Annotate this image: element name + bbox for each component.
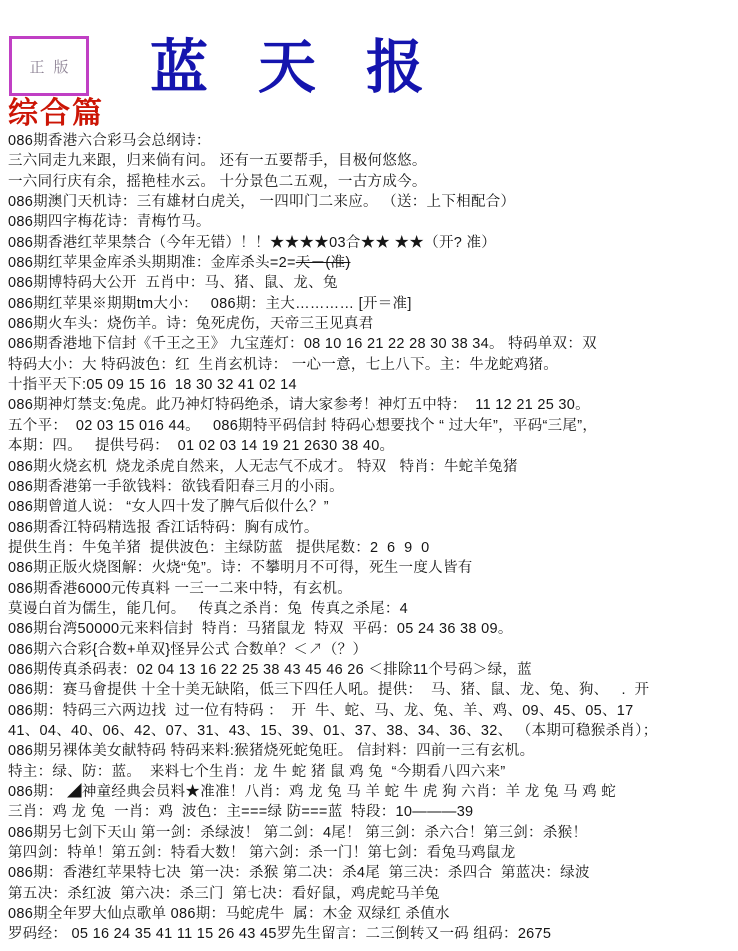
text-line: 三肖：鸡 龙 兔 一肖：鸡 波色：主===绿 防===蓝 特段：10———39 xyxy=(8,802,736,822)
newspaper-page: 正版 蓝天报 综合篇 086期香港六合彩马会总纲诗：三六同走九来跟，归来倘有问。… xyxy=(0,0,738,951)
text-segment: 086期香港第一手欲钱料：欲钱看阳春三月的小雨。 xyxy=(8,479,344,495)
text-line: 086期火烧玄机 烧龙杀虎自然来，人无志气不成才。 特双 特肖：牛蛇羊兔猪 xyxy=(8,457,736,477)
text-line: 086期澳门天机诗：三有雄材白虎关， 一四叩门二来应。 （送：上下相配合） xyxy=(8,192,736,212)
text-segment: 086期另七剑下天山 第一剑：杀绿波！ 第二剑：4尾！ 第三剑：杀六合！第三剑：… xyxy=(8,825,587,841)
text-line: 十指平天下:05 09 15 16 18 30 32 41 02 14 xyxy=(8,375,736,395)
text-segment: 罗码经： 05 16 24 35 41 11 15 26 43 45罗先生留言：… xyxy=(8,926,551,942)
text-line: 086期：赛马會提供 十全十美无缺陷，低三下四任人吼。提供： 马、猪、鼠、龙、兔… xyxy=(8,680,736,700)
text-segment: 五个平： 02 03 15 016 44。 086期特平码信封 特码心想要找个 … xyxy=(8,418,597,434)
text-line: 第五决：杀红波 第六决：杀三门 第七决：看好鼠，鸡虎蛇马羊兔 xyxy=(8,884,736,904)
text-segment: 三六同走九来跟，归来倘有问。 还有一五要帮手，目极何悠悠。 xyxy=(8,153,427,169)
text-line: 本期：四。 提供号码： 01 02 03 14 19 21 2630 38 40… xyxy=(8,436,736,456)
text-line: 086期：特码三六两边找 过一位有特码 ： 开 牛、蛇、马、龙、兔、羊、鸡、09… xyxy=(8,701,736,721)
text-segment: 086期台湾50000元来料信封 特肖：马猪鼠龙 特双 平码：05 24 36 … xyxy=(8,621,513,637)
text-line: 086期红苹果※期期tm大小： 086期：主大………… [开＝准] xyxy=(8,294,736,314)
page-title: 蓝天报 xyxy=(150,20,474,104)
text-line: 086期火车头：烧伤羊。诗：兔死虎伤，天帝三王见真君 xyxy=(8,314,736,334)
text-segment: 41、04、40、06、42、07、31、43、15、39、01、37、38、3… xyxy=(8,723,658,739)
text-line: 086期另裸体美女献特码 特码来料:猴猪烧死蛇兔旺。 信封料：四前一三有玄机。 xyxy=(8,741,736,761)
text-line: 086期香港地下信封《千王之王》 九宝莲灯：08 10 16 21 22 28 … xyxy=(8,334,736,354)
text-segment: 提供生肖：牛兔羊猪 提供波色：主绿防蓝 提供尾数：2 6 9 0 xyxy=(8,540,429,556)
text-line: 41、04、40、06、42、07、31、43、15、39、01、37、38、3… xyxy=(8,721,736,741)
text-line: 086期博特码大公开 五肖中：马、猪、鼠、龙、兔 xyxy=(8,273,736,293)
text-line: 086期香港红苹果禁合（今年无错）！！★★★★03合★★ ★★（开? 准） xyxy=(8,233,736,253)
text-line: 特主：绿、防：蓝。 来料七个生肖：龙 牛 蛇 猪 鼠 鸡 兔 “今期看八四六来” xyxy=(8,762,736,782)
text-line: 086期：香港红苹果特七决 第一决：杀猴 第二决：杀4尾 第三决：杀四合 第蓝决… xyxy=(8,863,736,883)
text-segment: 086期：赛马會提供 十全十美无缺陷，低三下四任人吼。提供： 马、猪、鼠、龙、兔… xyxy=(8,682,649,698)
content-body: 086期香港六合彩马会总纲诗：三六同走九来跟，归来倘有问。 还有一五要帮手，目极… xyxy=(8,131,736,945)
text-segment: 086期红苹果※期期tm大小： 086期：主大………… [开＝准] xyxy=(8,296,412,312)
text-segment: 086期香港6000元传真料 一三一二来中特，有玄机。 xyxy=(8,581,352,597)
text-line: 一六同行庆有余，摇艳桂水云。 十分景色二五观，一古方成今。 xyxy=(8,172,736,192)
text-segment: 086期澳门天机诗：三有雄材白虎关， 一四叩门二来应。 （送：上下相配合） xyxy=(8,194,515,210)
text-segment: 第五决：杀红波 第六决：杀三门 第七决：看好鼠，鸡虎蛇马羊兔 xyxy=(8,886,440,902)
text-segment: 086期火车头：烧伤羊。诗：兔死虎伤，天帝三王见真君 xyxy=(8,316,374,332)
text-segment: 086期香港红苹果禁合（今年无错）！！★★★★03合★★ ★★（开? 准） xyxy=(8,235,496,251)
text-line: 086期传真杀码表：02 04 13 16 22 25 38 43 45 46 … xyxy=(8,660,736,680)
text-line: 086期四字梅花诗：青梅竹马。 xyxy=(8,212,736,232)
text-segment: 本期：四。 提供号码： 01 02 03 14 19 21 2630 38 40… xyxy=(8,438,394,454)
text-segment: 086期：特码三六两边找 过一位有特码 ： 开 牛、蛇、马、龙、兔、羊、鸡、09… xyxy=(8,703,634,719)
text-line: 086期台湾50000元来料信封 特肖：马猪鼠龙 特双 平码：05 24 36 … xyxy=(8,619,736,639)
text-line: 086期正版火烧图解：火烧“兔”。诗：不攀明月不可得，死生一度人皆有 xyxy=(8,558,736,578)
text-line: 莫谩白首为儒生，能几何。 传真之杀肖：兔 传真之杀尾：4 xyxy=(8,599,736,619)
authentic-badge-label: 正版 xyxy=(20,56,77,77)
text-segment: 特码大小：大 特码波色：红 生肖玄机诗： 一心一意，七上八下。主：牛龙蛇鸡猪。 xyxy=(8,357,558,373)
text-segment: 086期另裸体美女献特码 特码来料:猴猪烧死蛇兔旺。 信封料：四前一三有玄机。 xyxy=(8,743,534,759)
text-segment: 特主：绿、防：蓝。 来料七个生肖：龙 牛 蛇 猪 鼠 鸡 兔 “今期看八四六来” xyxy=(8,764,506,780)
text-line: 提供生肖：牛兔羊猪 提供波色：主绿防蓝 提供尾数：2 6 9 0 xyxy=(8,538,736,558)
text-segment: 086期全年罗大仙点歌单 086期：马蛇虎牛 属：木金 双绿红 杀值水 xyxy=(8,906,450,922)
text-segment: 086期香港地下信封《千王之王》 九宝莲灯：08 10 16 21 22 28 … xyxy=(8,336,597,352)
authentic-badge: 正版 xyxy=(9,36,89,96)
text-segment: 086期六合彩{合数+单双}怪异公式 合数单？＜↗（？） xyxy=(8,642,367,658)
text-line: 第四剑：特单！第五剑：特看大数！ 第六剑：杀一门！第七剑：看兔马鸡鼠龙 xyxy=(8,843,736,863)
text-line: 五个平： 02 03 15 016 44。 086期特平码信封 特码心想要找个 … xyxy=(8,416,736,436)
text-segment: 086期：香港红苹果特七决 第一决：杀猴 第二决：杀4尾 第三决：杀四合 第蓝决… xyxy=(8,865,590,881)
text-segment: 086期神灯禁支:兔虎。此乃神灯特码绝杀，请大家参考！神灯五中特： 11 12 … xyxy=(8,397,590,413)
text-segment: 086期曾道人说： “女人四十发了脾气后似什么？” xyxy=(8,499,329,515)
text-line: 086期香港六合彩马会总纲诗： xyxy=(8,131,736,151)
text-segment: 086期正版火烧图解：火烧“兔”。诗：不攀明月不可得，死生一度人皆有 xyxy=(8,560,473,576)
text-segment: 086期： ◢神童经典会员料★准准！八肖：鸡 龙 兔 马 羊 蛇 牛 虎 狗 六… xyxy=(8,784,616,800)
text-segment: 086期四字梅花诗：青梅竹马。 xyxy=(8,214,211,230)
text-line: 086期香港6000元传真料 一三一二来中特，有玄机。 xyxy=(8,579,736,599)
text-segment: 十指平天下:05 09 15 16 18 30 32 41 02 14 xyxy=(8,377,297,393)
text-segment: 086期香港六合彩马会总纲诗： xyxy=(8,133,211,149)
text-line: 三六同走九来跟，归来倘有问。 还有一五要帮手，目极何悠悠。 xyxy=(8,151,736,171)
text-line: 086期六合彩{合数+单双}怪异公式 合数单？＜↗（？） xyxy=(8,640,736,660)
text-line: 086期： ◢神童经典会员料★准准！八肖：鸡 龙 兔 马 羊 蛇 牛 虎 狗 六… xyxy=(8,782,736,802)
text-line: 086期神灯禁支:兔虎。此乃神灯特码绝杀，请大家参考！神灯五中特： 11 12 … xyxy=(8,395,736,415)
struck-text: 天－(准) xyxy=(296,255,351,271)
text-segment: 一六同行庆有余，摇艳桂水云。 十分景色二五观，一古方成今。 xyxy=(8,174,427,190)
text-segment: 莫谩白首为儒生，能几何。 传真之杀肖：兔 传真之杀尾：4 xyxy=(8,601,408,617)
text-segment: 086期火烧玄机 烧龙杀虎自然来，人无志气不成才。 特双 特肖：牛蛇羊兔猪 xyxy=(8,459,518,475)
section-title: 综合篇 xyxy=(8,88,104,132)
text-segment: 086期香江特码精选报 香江话特码：胸有成竹。 xyxy=(8,520,319,536)
text-line: 086期香港第一手欲钱料：欲钱看阳春三月的小雨。 xyxy=(8,477,736,497)
text-line: 特码大小：大 特码波色：红 生肖玄机诗： 一心一意，七上八下。主：牛龙蛇鸡猪。 xyxy=(8,355,736,375)
text-line: 086期全年罗大仙点歌单 086期：马蛇虎牛 属：木金 双绿红 杀值水 xyxy=(8,904,736,924)
text-segment: 086期博特码大公开 五肖中：马、猪、鼠、龙、兔 xyxy=(8,275,338,291)
text-line: 罗码经： 05 16 24 35 41 11 15 26 43 45罗先生留言：… xyxy=(8,924,736,944)
text-segment: 086期传真杀码表：02 04 13 16 22 25 38 43 45 46 … xyxy=(8,662,532,678)
text-segment: 三肖：鸡 龙 兔 一肖：鸡 波色：主===绿 防===蓝 特段：10———39 xyxy=(8,804,473,820)
text-segment: 086期红苹果金库杀头期期准：金库杀头=2= xyxy=(8,255,296,271)
text-line: 086期香江特码精选报 香江话特码：胸有成竹。 xyxy=(8,518,736,538)
text-line: 086期红苹果金库杀头期期准：金库杀头=2=天－(准) xyxy=(8,253,736,273)
text-line: 086期曾道人说： “女人四十发了脾气后似什么？” xyxy=(8,497,736,517)
text-segment: 第四剑：特单！第五剑：特看大数！ 第六剑：杀一门！第七剑：看兔马鸡鼠龙 xyxy=(8,845,516,861)
text-line: 086期另七剑下天山 第一剑：杀绿波！ 第二剑：4尾！ 第三剑：杀六合！第三剑：… xyxy=(8,823,736,843)
